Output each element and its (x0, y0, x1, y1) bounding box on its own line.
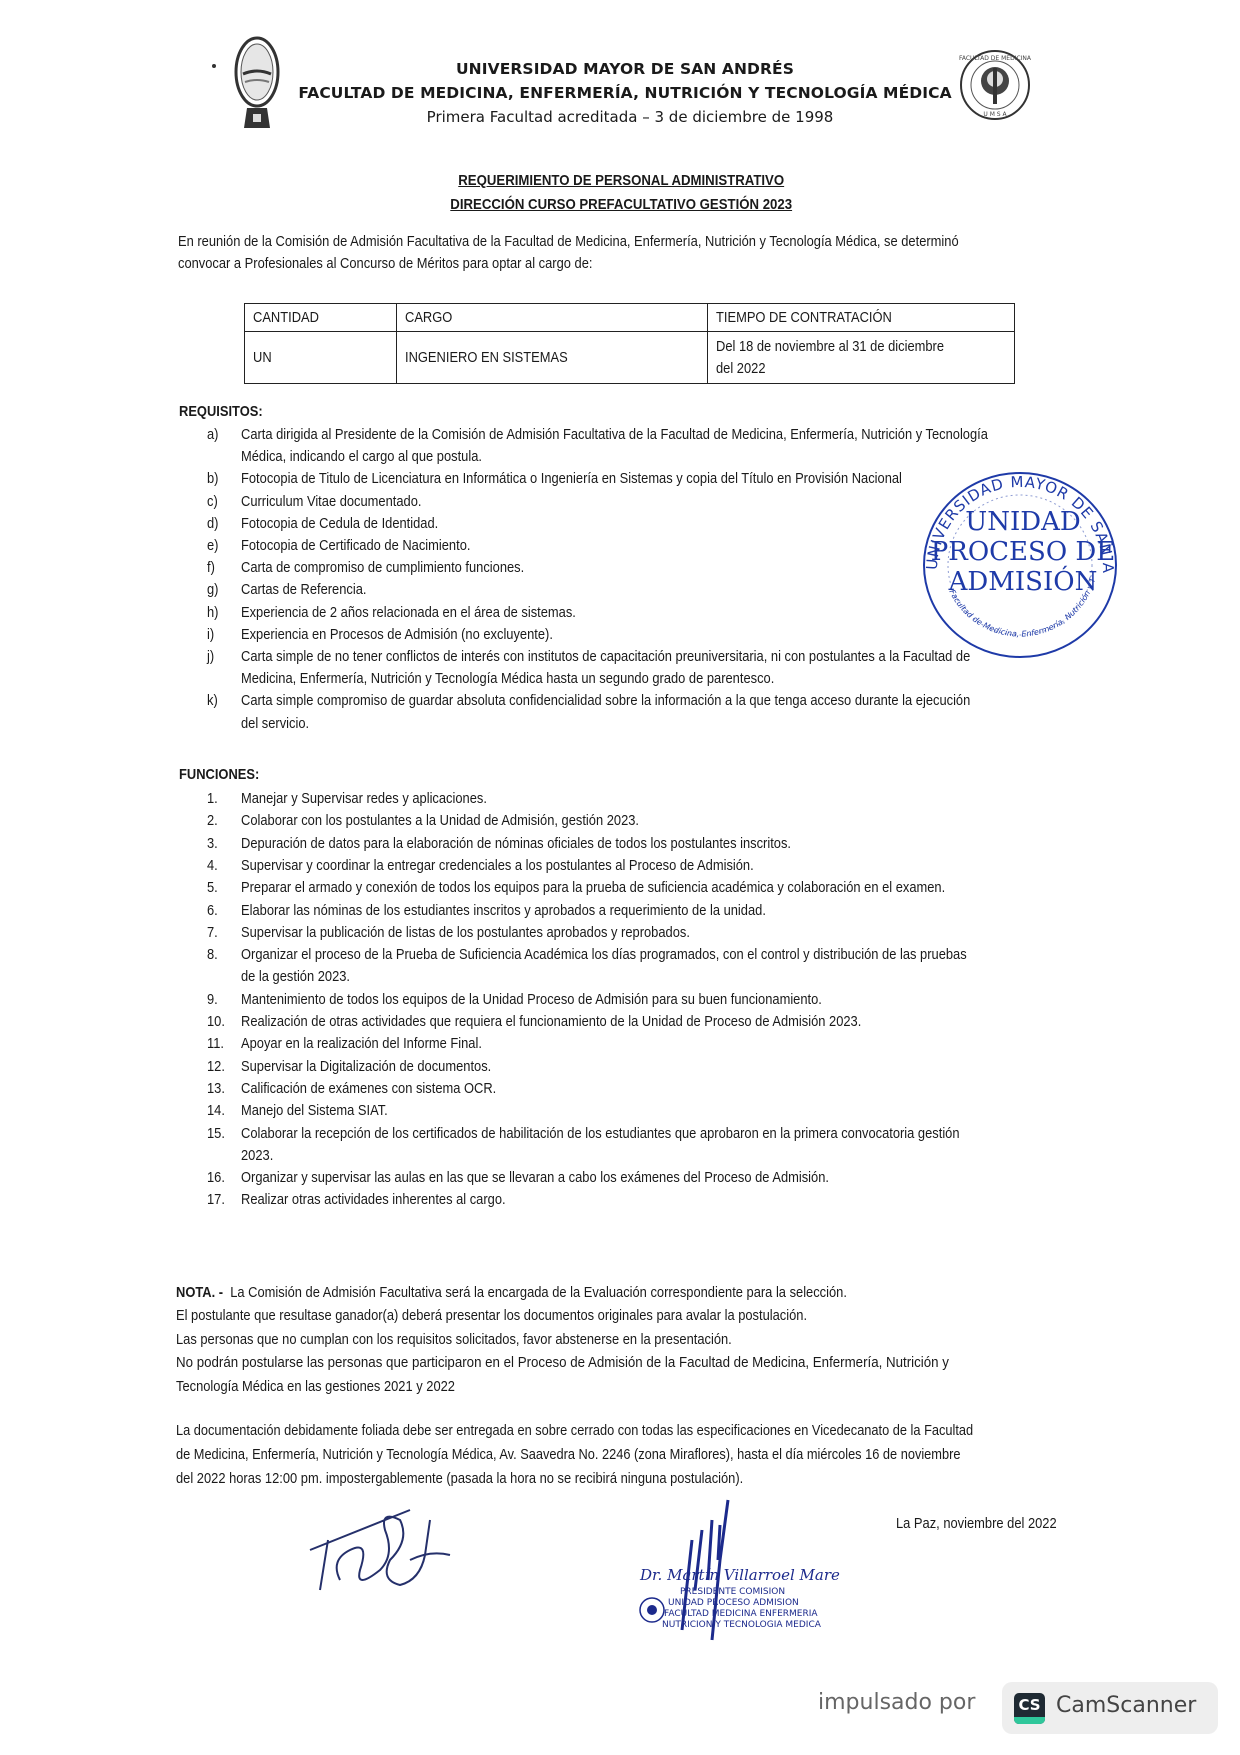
funcion-marker: 4. (207, 855, 218, 877)
entrega-line1: La documentación debidamente foliada deb… (176, 1420, 973, 1442)
faculty-name: FACULTAD DE MEDICINA, ENFERMERÍA, NUTRIC… (0, 84, 1240, 102)
svg-text:PROCESO DE: PROCESO DE (931, 537, 1115, 567)
funcion-marker: 15. (207, 1123, 225, 1145)
svg-text:UNIDAD: UNIDAD (965, 507, 1080, 537)
funcion-marker: 10. (207, 1011, 225, 1033)
nota-line4: No podrán postularse las personas que pa… (176, 1352, 949, 1374)
svg-text:NUTRICION Y TECNOLOGIA MEDICA: NUTRICION Y TECNOLOGIA MEDICA (662, 1620, 822, 1630)
requisito-marker: a) (207, 424, 218, 446)
funcion-text: Elaborar las nóminas de los estudiantes … (241, 900, 766, 922)
document-title-line1: REQUERIMIENTO DE PERSONAL ADMINISTRATIVO (76, 172, 1167, 189)
requisito-text: Experiencia de 2 años relacionada en el … (241, 602, 576, 624)
funcion-marker: 16. (207, 1167, 225, 1189)
intro-paragraph-line1: En reunión de la Comisión de Admisión Fa… (178, 231, 959, 253)
funcion-text: Colaborar con los postulantes a la Unida… (241, 810, 639, 832)
cell-tiempo: Del 18 de noviembre al 31 de diciembre d… (708, 332, 1015, 384)
table-row: UN INGENIERO EN SISTEMAS Del 18 de novie… (245, 332, 1015, 384)
funcion-text: Preparar el armado y conexión de todos l… (241, 877, 945, 899)
camscanner-brand-name: CamScanner (1056, 1693, 1196, 1718)
university-name: UNIVERSIDAD MAYOR DE SAN ANDRÉS (0, 60, 1240, 78)
requisito-text: Carta simple compromiso de guardar absol… (241, 690, 970, 712)
requisito-text: Carta dirigida al Presidente de la Comis… (241, 424, 988, 446)
requisito-marker: f) (207, 557, 215, 579)
funcion-text: Calificación de exámenes con sistema OCR… (241, 1078, 496, 1100)
funcion-marker: 5. (207, 877, 218, 899)
requisito-marker: j) (207, 646, 214, 668)
requisito-marker: b) (207, 468, 218, 490)
camscanner-badge[interactable]: CS CamScanner (1002, 1682, 1218, 1734)
funcion-marker: 3. (207, 833, 218, 855)
table-header-tiempo: TIEMPO DE CONTRATACIÓN (708, 304, 1015, 332)
intro-paragraph-line2: convocar a Profesionales al Concurso de … (178, 253, 592, 275)
requisito-text: Carta de compromiso de cumplimiento func… (241, 557, 524, 579)
left-signature (300, 1500, 460, 1600)
cell-cantidad: UN (245, 332, 397, 384)
funcion-marker: 6. (207, 900, 218, 922)
funcion-text: Apoyar en la realización del Informe Fin… (241, 1033, 482, 1055)
svg-text:Dr. Martín Villarroel Mareño: Dr. Martín Villarroel Mareño (639, 1566, 840, 1584)
accreditation-line: Primera Facultad acreditada – 3 de dicie… (0, 108, 1240, 126)
requisito-text: Experiencia en Procesos de Admisión (no … (241, 624, 553, 646)
requisito-marker: e) (207, 535, 218, 557)
funcion-text: de la gestión 2023. (241, 966, 350, 988)
funcion-text: Manejo del Sistema SIAT. (241, 1100, 388, 1122)
funcion-text: Supervisar y coordinar la entregar crede… (241, 855, 754, 877)
requisito-marker: h) (207, 602, 218, 624)
svg-text:FACULTAD MEDICINA ENFERMERIA: FACULTAD MEDICINA ENFERMERIA (664, 1609, 818, 1619)
funcion-text: Depuración de datos para la elaboración … (241, 833, 791, 855)
requisito-text: Fotocopia de Certificado de Nacimiento. (241, 535, 470, 557)
facultad-de-medicina-seal-icon: FACULTAD DE MEDICINA U M S A (958, 48, 1032, 122)
funcion-text: Supervisar la publicación de listas de l… (241, 922, 690, 944)
requisito-text: del servicio. (241, 713, 309, 735)
svg-text:U M S A: U M S A (983, 111, 1007, 118)
funcion-marker: 8. (207, 944, 218, 966)
funcion-text: 2023. (241, 1145, 273, 1167)
svg-text:PRESIDENTE COMISION: PRESIDENTE COMISION (680, 1587, 785, 1597)
funcion-text: Manejar y Supervisar redes y aplicacione… (241, 788, 487, 810)
funcion-marker: 1. (207, 788, 218, 810)
nota-line2: El postulante que resultase ganador(a) d… (176, 1305, 807, 1327)
funcion-marker: 7. (207, 922, 218, 944)
entrega-line2: de Medicina, Enfermería, Nutrición y Tec… (176, 1444, 960, 1466)
requisito-text: Curriculum Vitae documentado. (241, 491, 421, 513)
unidad-proceso-admision-stamp: UNIVERSIDAD MAYOR DE SAN ANDRES Facultad… (915, 460, 1125, 660)
position-table: CANTIDAD CARGO TIEMPO DE CONTRATACIÓN UN… (244, 303, 1015, 384)
svg-text:FACULTAD DE MEDICINA: FACULTAD DE MEDICINA (959, 55, 1032, 62)
funcion-text: Organizar el proceso de la Prueba de Suf… (241, 944, 967, 966)
funcion-marker: 17. (207, 1189, 225, 1211)
table-header-row: CANTIDAD CARGO TIEMPO DE CONTRATACIÓN (245, 304, 1015, 332)
funcion-text: Realizar otras actividades inherentes al… (241, 1189, 506, 1211)
funciones-heading: FUNCIONES: (179, 766, 259, 783)
table-header-cargo: CARGO (396, 304, 707, 332)
nota-label: NOTA. - (176, 1284, 223, 1301)
requisito-marker: i) (207, 624, 214, 646)
svg-text:ADMISIÓN: ADMISIÓN (948, 565, 1098, 597)
entrega-line3: del 2022 horas 12:00 pm. impostergableme… (176, 1468, 743, 1490)
nota-line1: NOTA. - La Comisión de Admisión Facultat… (176, 1282, 847, 1304)
funcion-text: Realización de otras actividades que req… (241, 1011, 861, 1033)
president-signature-stamp: Dr. Martín Villarroel Mareño PRESIDENTE … (620, 1490, 840, 1650)
requisito-marker: d) (207, 513, 218, 535)
requisito-marker: g) (207, 579, 218, 601)
funcion-marker: 9. (207, 989, 218, 1011)
nota-line3: Las personas que no cumplan con los requ… (176, 1329, 732, 1351)
requisitos-heading: REQUISITOS: (179, 403, 263, 420)
svg-text:UNIDAD PROCESO ADMISION: UNIDAD PROCESO ADMISION (668, 1598, 799, 1608)
table-header-cantidad: CANTIDAD (245, 304, 397, 332)
funcion-marker: 2. (207, 810, 218, 832)
funcion-marker: 14. (207, 1100, 225, 1122)
funcion-text: Supervisar la Digitalización de document… (241, 1056, 491, 1078)
requisito-text: Carta simple de no tener conflictos de i… (241, 646, 970, 668)
requisito-marker: k) (207, 690, 218, 712)
requisito-marker: c) (207, 491, 218, 513)
camscanner-logo-icon: CS (1014, 1693, 1045, 1724)
funcion-marker: 13. (207, 1078, 225, 1100)
cell-cargo: INGENIERO EN SISTEMAS (396, 332, 707, 384)
nota-line5: Tecnología Médica en las gestiones 2021 … (176, 1376, 455, 1398)
funcion-text: Colaborar la recepción de los certificad… (241, 1123, 960, 1145)
requisito-text: Fotocopia de Titulo de Licenciatura en I… (241, 468, 902, 490)
requisito-text: Médica, indicando el cargo al que postul… (241, 446, 482, 468)
funcion-marker: 12. (207, 1056, 225, 1078)
requisito-text: Cartas de Referencia. (241, 579, 366, 601)
document-header: UNIVERSIDAD MAYOR DE SAN ANDRÉS FACULTAD… (0, 0, 1240, 140)
requisito-text: Fotocopia de Cedula de Identidad. (241, 513, 438, 535)
place-and-date: La Paz, noviembre del 2022 (896, 1515, 1057, 1532)
document-title-line2: DIRECCIÓN CURSO PREFACULTATIVO GESTIÓN 2… (76, 196, 1167, 213)
requisito-text: Medicina, Enfermería, Nutrición y Tecnol… (241, 668, 774, 690)
powered-by-label: impulsado por (818, 1690, 975, 1715)
funcion-text: Mantenimiento de todos los equipos de la… (241, 989, 822, 1011)
funcion-marker: 11. (207, 1033, 224, 1055)
funcion-text: Organizar y supervisar las aulas en las … (241, 1167, 829, 1189)
